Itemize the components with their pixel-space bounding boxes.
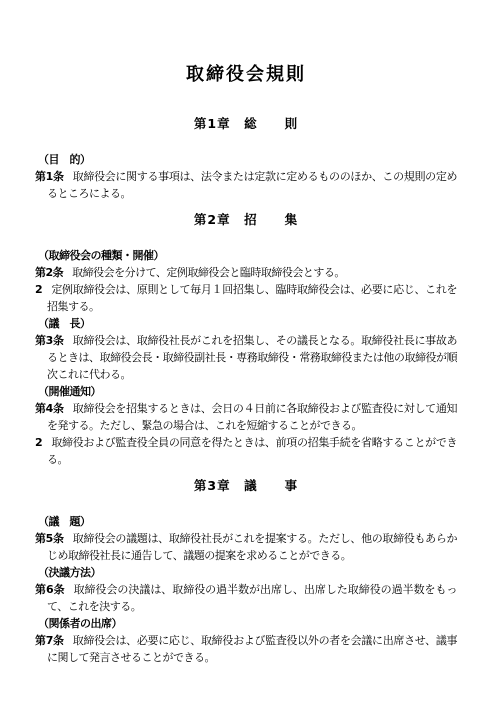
article-5-text: 取締役会の議題は、取締役社長がこれを提案する。ただし、他の取締役もあらかじめ取締…	[47, 532, 457, 562]
section-label-notice: （開催通知）	[38, 383, 457, 400]
article-2-text: 取締役会を分けて、定例取締役会と臨時取締役会とする。	[72, 266, 345, 279]
article-6: 第6条取締役会の決議は、取締役の過半数が出席し、出席した取締役の過半数をもって、…	[35, 581, 457, 615]
article-3-text: 取締役会は、取締役社長がこれを招集し、その議長となる。取締役社長に事故あるときは…	[47, 334, 457, 381]
article-1-text: 取締役会に関する事項は、法令または定款に定めるもののほか、この規則の定めるところ…	[47, 170, 457, 200]
article-1: 第1条取締役会に関する事項は、法令または定款に定めるもののほか、この規則の定める…	[35, 168, 457, 202]
section-label-purpose: （目 的）	[38, 151, 457, 168]
section-label-chairman: （議 長）	[38, 315, 457, 332]
section-label-resolution-method: （決議方法）	[38, 564, 457, 581]
article-2: 第2条取締役会を分けて、定例取締役会と臨時取締役会とする。	[35, 264, 457, 281]
document-page: 取締役会規則 第1章 総 則 （目 的） 第1条取締役会に関する事項は、法令また…	[0, 0, 489, 718]
article-4-number: 第4条	[35, 402, 64, 415]
article-4: 第4条取締役会を招集するときは、会日の４日前に各取締役および監査役に対して通知を…	[35, 400, 457, 434]
article-6-text: 取締役会の決議は、取締役の過半数が出席し、出席した取締役の過半数をもって、これを…	[47, 583, 457, 613]
article-4-text: 取締役会を招集するときは、会日の４日前に各取締役および監査役に対して通知を発する…	[47, 402, 457, 432]
article-6-number: 第6条	[35, 583, 65, 596]
article-5: 第5条取締役会の議題は、取締役社長がこれを提案する。ただし、他の取締役もあらかじ…	[35, 530, 457, 564]
article-2-paragraph-2: 2定例取締役会は、原則として毎月１回招集し、臨時取締役会は、必要に応じ、これを招…	[35, 281, 457, 315]
chapter-3-content: （議 題） 第5条取締役会の議題は、取締役社長がこれを提案する。ただし、他の取締…	[35, 513, 457, 666]
article-7-number: 第7条	[35, 634, 64, 647]
article-3-number: 第3条	[35, 334, 64, 347]
chapter-2-heading: 第2章 招 集	[35, 212, 457, 227]
article-2-number: 第2条	[35, 266, 63, 279]
article-7-text: 取締役会は、必要に応じ、取締役および監査役以外の者を会議に出席させ、議事に関して…	[47, 634, 457, 664]
article-4-paragraph-2: 2取締役および監査役全員の同意を得たときは、前項の招集手続を省略することができる…	[35, 434, 457, 468]
chapter-1-heading: 第1章 総 則	[35, 116, 457, 131]
article-5-number: 第5条	[35, 532, 64, 545]
chapter-1-content: （目 的） 第1条取締役会に関する事項は、法令または定款に定めるもののほか、この…	[35, 151, 457, 202]
section-label-agenda: （議 題）	[38, 513, 457, 530]
section-label-attendance: （関係者の出席）	[38, 615, 457, 632]
article-4-paragraph-2-text: 取締役および監査役全員の同意を得たときは、前項の招集手続を省略することができる。	[47, 436, 457, 466]
article-2-paragraph-2-number: 2	[35, 283, 42, 296]
article-7: 第7条取締役会は、必要に応じ、取締役および監査役以外の者を会議に出席させ、議事に…	[35, 632, 457, 666]
chapter-2-content: （取締役会の種類・開催） 第2条取締役会を分けて、定例取締役会と臨時取締役会とす…	[35, 247, 457, 468]
chapter-3-heading: 第3章 議 事	[35, 478, 457, 493]
article-3: 第3条取締役会は、取締役社長がこれを招集し、その議長となる。取締役社長に事故ある…	[35, 332, 457, 383]
article-4-paragraph-2-number: 2	[35, 436, 42, 449]
article-2-paragraph-2-text: 定例取締役会は、原則として毎月１回招集し、臨時取締役会は、必要に応じ、これを招集…	[47, 283, 457, 313]
document-title: 取締役会規則	[35, 64, 457, 86]
section-label-types: （取締役会の種類・開催）	[38, 247, 457, 264]
article-1-number: 第1条	[35, 170, 64, 183]
